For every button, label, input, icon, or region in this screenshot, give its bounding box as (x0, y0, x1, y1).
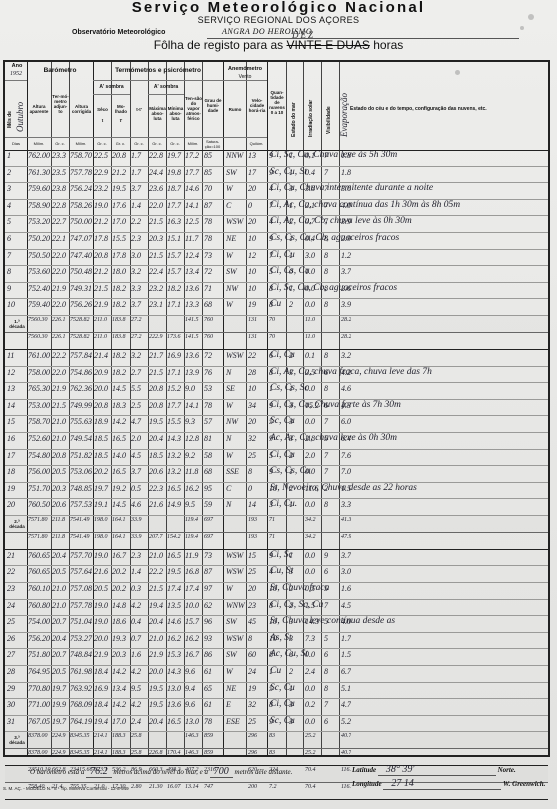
min-temp-cell: 154.2 (167, 534, 184, 540)
apparent-pressure-cell: 760.50 (28, 500, 52, 509)
table-row: 30771.0019.9768.0918.414.24.219.513.69.6… (5, 699, 548, 716)
sky-state-remark: Ci, Cu. (270, 499, 545, 509)
wind-direction-cell: N (226, 500, 246, 509)
absolute-max-label: Máxima abso-luta (149, 106, 166, 121)
corrected-pressure-cell: 7541.49 (70, 534, 94, 540)
attached-temp-cell: 20.4 (52, 634, 70, 643)
apparent-pressure-cell: 754.80 (28, 451, 52, 460)
sky-state-remark: Ci, Sc (270, 550, 545, 560)
max-temp-cell: 20.8 (149, 384, 166, 393)
humidity-cell: 76 (204, 368, 222, 377)
wet-temp-cell: 21.2 (112, 168, 130, 177)
vapour-tension-cell: 9.5 (185, 500, 202, 509)
sky-state-remark: Cu (270, 666, 545, 676)
corrected-pressure-cell: 8345.35 (70, 733, 94, 739)
temp-diff-cell: 3.0 (131, 251, 148, 260)
dry-temp-cell: 211.0 (94, 334, 111, 340)
max-temp-cell: 21.5 (149, 217, 166, 226)
header-divider (93, 80, 267, 81)
humidity-cell: 859 (204, 750, 222, 756)
wind-speed-cell: 10 (248, 234, 266, 243)
header-divider (93, 94, 130, 95)
dry-temp-cell: 198.0 (94, 517, 111, 523)
barometer-note-mid: metros acima do nível do mar, e a (113, 768, 208, 776)
corrected-pressure-cell: 747.07 (70, 234, 94, 243)
day-cell: 27 (7, 650, 25, 659)
attached-temp-cell: 21.9 (52, 384, 70, 393)
apparent-pressure-cell: 771.00 (28, 700, 52, 709)
wind-speed-cell: 20 (248, 417, 266, 426)
temp-diff-cell: 2.7 (131, 368, 148, 377)
max-temp-cell: 21.7 (149, 351, 166, 360)
humidity-cell: 65 (204, 684, 222, 693)
apparent-pressure-cell: 753.20 (28, 217, 52, 226)
wind-direction-label: Rumo (224, 107, 246, 112)
day-cell: 18 (7, 467, 25, 476)
wet-temp-cell: 19.3 (112, 634, 130, 643)
sky-state-remark: Sc, Cu (270, 416, 545, 426)
sky-state-remark: Ci, Cs, Cu (270, 266, 545, 276)
corrected-pressure-cell: 762.36 (70, 384, 94, 393)
decade-label: 1.ª década (7, 319, 27, 329)
max-temp-cell: 21.5 (149, 584, 166, 593)
max-temp-cell: 24.4 (149, 168, 166, 177)
apparent-pressure-cell: 765.30 (28, 384, 52, 393)
temp-diff-cell: 0.5 (131, 484, 148, 493)
max-temp-cell: 23.6 (149, 184, 166, 193)
attached-temp-cell: 19.7 (52, 717, 70, 726)
attached-temp-cell: 22.2 (52, 351, 70, 360)
temp-diff-cell: 1.4 (131, 567, 148, 576)
wet-temp-cell: 188.3 (112, 750, 130, 756)
min-temp-cell: 15.3 (167, 650, 184, 659)
min-temp-cell: 17.1 (167, 368, 184, 377)
apparent-pressure-cell: 751.70 (28, 484, 52, 493)
max-temp-cell: 226.8 (149, 750, 166, 756)
cloud-amount-cell: 70 (269, 334, 285, 340)
corrected-pressure-cell: 748.84 (70, 650, 94, 659)
max-temp-cell: 21.30 (149, 784, 166, 790)
max-temp-cell: 20.3 (149, 234, 166, 243)
temp-diff-cell: 1.7 (131, 168, 148, 177)
dry-temp-cell: 20.0 (94, 384, 111, 393)
dry-temp-cell: 21.2 (94, 217, 111, 226)
attached-temp-cell: 22.0 (52, 368, 70, 377)
apparent-pressure-cell: 770.80 (28, 684, 52, 693)
temp-diff-cell: 1.7 (131, 151, 148, 160)
dry-temp-cell: 20.9 (94, 368, 111, 377)
apparent-pressure-cell: 754.00 (28, 617, 52, 626)
table-row: 4758.9022.8758.2619.017.61.422.017.714.1… (5, 200, 548, 217)
month-value: Outubro (15, 86, 25, 132)
sky-state-remark: St, Chuva leve contínua desde as (270, 616, 545, 626)
wind-speed-cell: 45 (248, 617, 266, 626)
corrected-pressure-cell: 753.06 (70, 467, 94, 476)
corrected-pressure-cell: 749.54 (70, 434, 94, 443)
barometer-altitude-note: O barómetro está a 76.2 metros acima do … (30, 766, 292, 777)
month-label: Mês de (7, 88, 13, 128)
day-cell: 30 (7, 700, 25, 709)
decade-label: 3.ª década (7, 735, 27, 745)
sky-state-remark: St, Nevoeiro, Chuva desde as 22 horas (270, 483, 545, 493)
temp-diff-cell: 3.3 (131, 284, 148, 293)
summary-row: 7560.30226.17528.82211.0183.827.2222.917… (5, 333, 548, 350)
days-unit: Dias (5, 141, 27, 146)
temp-diff-cell: 0.3 (131, 584, 148, 593)
apparent-pressure-cell: 760.80 (28, 601, 52, 610)
vapour-tension-cell: 9.0 (185, 384, 202, 393)
unit-label: Gr. c. (148, 141, 166, 146)
corrected-pressure-cell: 749.99 (70, 401, 94, 410)
table-row: 19751.7020.3748.8519.719.20.522.316.516.… (5, 483, 548, 500)
wind-direction-cell: NE (226, 234, 246, 243)
wet-temp-cell: 18.3 (112, 401, 130, 410)
dry-temp-cell: 16.9 (94, 684, 111, 693)
sheet-title: Fôlha de registo para as VINTE E DUAS ho… (0, 38, 557, 52)
temp-diff-cell: 4.2 (131, 700, 148, 709)
temp-diff-cell: 2.80 (131, 784, 148, 790)
unit-label: Gr. c. (111, 141, 130, 146)
cloud-amount-cell: 7.2 (269, 784, 285, 790)
attached-temp-cell: 226.1 (52, 334, 70, 340)
table-row: 9752.4021.9749.3121.518.23.323.218.213.6… (5, 283, 548, 300)
unit-label: Quilóm. (246, 141, 267, 146)
wind-speed-cell: 193 (248, 534, 266, 540)
table-row: 12758.0022.0754.8620.918.22.721.517.113.… (5, 367, 548, 384)
humidity-cell: 78 (204, 217, 222, 226)
vapour-tension-cell: 11.8 (185, 467, 202, 476)
observatory-label: Observatório Meteorológico (72, 29, 165, 36)
evaporation-cell: 41.3 (341, 517, 351, 523)
corrected-pressure-cell: 758.26 (70, 201, 94, 210)
wet-temp-cell: 18.2 (112, 284, 130, 293)
latitude-suffix: Norte. (498, 766, 516, 774)
corrected-pressure-cell: 750.00 (70, 217, 94, 226)
wind-speed-cell: 296 (248, 733, 266, 739)
register-table: Ano 1952 Mês de Outubro Dias Barómetro A… (3, 60, 550, 757)
min-temp-cell: 15.2 (167, 384, 184, 393)
vapour-tension-cell: 14.6 (185, 184, 202, 193)
dry-temp-cell: 18.5 (94, 451, 111, 460)
dry-temp-cell: 19.0 (94, 617, 111, 626)
dry-temp-cell: 18.5 (94, 434, 111, 443)
temp-diff-cell: 2.0 (131, 434, 148, 443)
table-row: 27751.8020.7748.8421.920.31.621.915.316.… (5, 649, 548, 666)
attached-temp-cell: 21.0 (52, 601, 70, 610)
attached-temp-cell: 22.0 (52, 300, 70, 309)
attached-temp-cell: 20.8 (52, 451, 70, 460)
humidity-cell: 58 (204, 451, 222, 460)
attached-temp-cell: 21.0 (52, 584, 70, 593)
humidity-cell: 71 (204, 284, 222, 293)
min-temp-cell: 15.7 (167, 267, 184, 276)
attached-temp-cell: 20.7 (52, 650, 70, 659)
apparent-pressure-cell: 753.00 (28, 401, 52, 410)
unit-label: Milím. (184, 141, 202, 146)
max-temp-cell: 20.6 (149, 467, 166, 476)
sky-state-remark: St, Chuva fraca (270, 583, 545, 593)
attached-temp-cell: 21.0 (52, 434, 70, 443)
table-row: 15758.7021.0755.6318.914.24.719.515.59.3… (5, 416, 548, 433)
table-row: 18756.0020.5753.0620.216.53.720.613.211.… (5, 466, 548, 483)
table-row: 24760.8021.0757.7819.014.84.219.413.510.… (5, 600, 548, 617)
wet-temp-cell: 18.6 (112, 617, 130, 626)
humidity-cell: 61 (204, 667, 222, 676)
visibility-label: Visibilidade (326, 84, 332, 134)
temp-diff-cell: 33.9 (131, 534, 148, 540)
min-temp-cell: 173.6 (167, 334, 184, 340)
attached-temp-cell: 211.8 (52, 534, 70, 540)
attached-temp-cell: 20.4 (52, 551, 70, 560)
attached-temp-cell: 23.8 (52, 184, 70, 193)
attached-temp-cell: 20.5 (52, 667, 70, 676)
sky-state-remark: Ci, Sc, Cu, Cb, aguaceiros fracos (270, 283, 545, 293)
header-divider (148, 94, 184, 95)
apparent-pressure-cell: 756.00 (28, 467, 52, 476)
max-temp-cell: 20.4 (149, 717, 166, 726)
temp-diff-cell: 3.7 (131, 300, 148, 309)
min-temp-cell: 17.4 (167, 584, 184, 593)
sea-state-label: Estado do mar (291, 82, 297, 137)
wet-temp-cell: 17.0 (112, 217, 130, 226)
dry-temp-cell: 19.1 (94, 500, 111, 509)
min-temp-cell: 16.07 (167, 784, 184, 790)
humidity-cell: 697 (204, 517, 222, 523)
wind-speed-cell: 14 (248, 500, 266, 509)
evaporation-cell: 116.8 (341, 767, 351, 773)
day-cell: 11 (7, 351, 25, 360)
min-temp-cell: 17.7 (167, 201, 184, 210)
table-row: 29770.8019.7763.9216.913.49.519.513.09.4… (5, 683, 548, 700)
humidity-cell: 61 (204, 700, 222, 709)
wind-speed-cell: 25 (248, 567, 266, 576)
corrected-pressure-cell: 758.70 (70, 151, 94, 160)
unit-label: Milím. (27, 141, 51, 146)
vapour-tension-cell: 12.8 (185, 434, 202, 443)
min-temp-cell: 15.5 (167, 417, 184, 426)
wet-temp-cell: 20.2 (112, 584, 130, 593)
attached-temp-cell: 21.0 (52, 417, 70, 426)
min-temp-cell: 17.1 (167, 300, 184, 309)
wind-direction-cell: WSW (226, 217, 246, 226)
sky-state-remark: Cs, Cs, Sc (270, 383, 545, 393)
min-temp-cell: 14.3 (167, 667, 184, 676)
min-temp-cell: 18.2 (167, 284, 184, 293)
latitude-value: 38° 39' (378, 764, 496, 776)
humidity-cell: 53 (204, 384, 222, 393)
apparent-pressure-cell: 7560.30 (28, 334, 52, 340)
temp-diff-cell: 4.6 (131, 500, 148, 509)
sky-state-remark: Ci, Cu (270, 250, 545, 260)
apparent-pressure-cell: 756.20 (28, 634, 52, 643)
attached-temp-cell: 224.9 (52, 750, 70, 756)
wet-temp-cell: 188.3 (112, 733, 130, 739)
humidity-cell: 85 (204, 151, 222, 160)
apparent-pressure-cell: 750.50 (28, 251, 52, 260)
dry-temp-cell: 214.1 (94, 733, 111, 739)
dry-temp-cell: 20.0 (94, 634, 111, 643)
humidity-cell: 68 (204, 300, 222, 309)
dry-temp-cell: 22.9 (94, 168, 111, 177)
vapour-tension-cell: 11.9 (185, 551, 202, 560)
sky-state-remark: Ci, Ac, Cu, chuva fraca, chuva leve das … (270, 367, 545, 377)
apparent-pressure-cell: 7560.30 (28, 317, 52, 323)
humidity-cell: 86 (204, 650, 222, 659)
attached-temp-cell: 20.3 (52, 484, 70, 493)
vapour-tension-cell: 146.3 (185, 733, 202, 739)
humidity-cell: 97 (204, 584, 222, 593)
table-row: 26756.2020.4753.2720.019.30.721.016.216.… (5, 633, 548, 650)
cloud-amount-cell: 83 (269, 750, 285, 756)
corrected-pressure-cell: 757.78 (70, 168, 94, 177)
wet-temp-cell: 14.2 (112, 700, 130, 709)
dry-temp-cell: 20.8 (94, 251, 111, 260)
wet-temp-cell: 164.1 (112, 534, 130, 540)
apparent-pressure-cell: 7571.80 (28, 517, 52, 523)
corrected-pressure-cell: 757.84 (70, 351, 94, 360)
attached-temp-cell: 211.8 (52, 517, 70, 523)
max-temp-cell: 18.5 (149, 451, 166, 460)
table-header: Ano 1952 Mês de Outubro Dias Barómetro A… (5, 62, 548, 151)
corrected-height-label: Altura corrigida (70, 104, 93, 114)
apparent-pressure-cell: 761.30 (28, 168, 52, 177)
min-temp-cell: 13.2 (167, 467, 184, 476)
wet-temp-cell: 18.2 (112, 368, 130, 377)
temp-difference-label: t-t' (130, 107, 148, 112)
min-temp-cell: 15.1 (167, 234, 184, 243)
wind-direction-cell: SW (226, 168, 246, 177)
sky-state-remark: Ci, Cs, Sc, Cu (270, 600, 545, 610)
wind-direction-cell: WSW (226, 634, 246, 643)
evaporation-cell: 40.7 (341, 733, 351, 739)
day-cell: 6 (7, 234, 25, 243)
year-label: Ano (7, 64, 27, 69)
corrected-pressure-cell: 761.98 (70, 667, 94, 676)
wind-speed-cell: 17 (248, 168, 266, 177)
wind-direction-cell: WSW (226, 551, 246, 560)
sky-state-remark: Ci, Sc, Cu, Chuva leve às 5h 30m (270, 150, 545, 160)
day-cell: 31 (7, 717, 25, 726)
wind-speed-label: Velo-cidade horá-ria (247, 98, 267, 113)
humidity-cell: 68 (204, 467, 222, 476)
wind-direction-cell: W (226, 667, 246, 676)
day-cell: 5 (7, 217, 25, 226)
sheet-title-suffix: horas (373, 38, 403, 52)
solar-irradiation-cell: 11.0 (305, 334, 321, 340)
day-cell: 22 (7, 567, 25, 576)
temp-diff-cell: 2.3 (131, 234, 148, 243)
dry-bulb-symbol: t (94, 118, 111, 123)
max-temp-cell: 22.3 (149, 484, 166, 493)
wet-temp-cell: 19.5 (112, 184, 130, 193)
max-temp-cell: 222.9 (149, 334, 166, 340)
sheet-title-struck-hour: VINTE E DUAS (287, 38, 370, 52)
sky-state-remark: Ci, Ac, Cu, Cb, chuva leve às 0h 30m (270, 216, 545, 226)
vapour-tension-cell: 16.8 (185, 567, 202, 576)
attached-temp-cell: 23.5 (52, 168, 70, 177)
vapour-tension-cell: 119.4 (185, 534, 202, 540)
temp-diff-cell: 3.2 (131, 267, 148, 276)
table-row: 8753.6022.0750.4821.218.03.222.415.713.4… (5, 266, 548, 283)
wet-temp-cell: 14.5 (112, 500, 130, 509)
wind-direction-cell: W (226, 451, 246, 460)
wind-direction-cell: W (226, 251, 246, 260)
unit-label: Gr. c. (130, 141, 148, 146)
wet-temp-cell: 14.0 (112, 451, 130, 460)
wet-temp-cell: 17.8 (112, 251, 130, 260)
wind-direction-cell: SW (226, 650, 246, 659)
table-row: 23760.1021.0757.0820.520.20.321.517.417.… (5, 583, 548, 600)
dry-temp-cell: 214.1 (94, 750, 111, 756)
apparent-pressure-cell: 753.60 (28, 267, 52, 276)
corrected-pressure-cell: 7541.49 (70, 517, 94, 523)
min-temp-cell: 170.4 (167, 750, 184, 756)
day-cell: 23 (7, 584, 25, 593)
apparent-pressure-cell: 758.70 (28, 417, 52, 426)
apparent-pressure-cell: 751.80 (28, 650, 52, 659)
temp-diff-cell: 2.5 (131, 401, 148, 410)
humidity-cell: 760 (204, 317, 222, 323)
vapour-tension-cell: 12.4 (185, 251, 202, 260)
attached-temp-cell: 22.7 (52, 217, 70, 226)
cloud-amount-cell: 83 (269, 733, 285, 739)
day-cell: 19 (7, 484, 25, 493)
day-cell: 7 (7, 251, 25, 260)
apparent-pressure-cell: 752.40 (28, 284, 52, 293)
day-cell: 9 (7, 284, 25, 293)
corrected-pressure-cell: 751.04 (70, 617, 94, 626)
table-body: 1762.0023.3758.7022.520.81.722.819.717.2… (5, 150, 548, 800)
day-cell: 16 (7, 434, 25, 443)
solar-irradiation-cell: 11.0 (305, 317, 321, 323)
min-temp-cell: 13.0 (167, 684, 184, 693)
humidity-cell: 73 (204, 551, 222, 560)
summary-row: 7571.80211.87541.49198.0164.133.9207.715… (5, 533, 548, 550)
temp-diff-cell: 25.8 (131, 750, 148, 756)
day-cell: 10 (7, 300, 25, 309)
humidity-cell: 859 (204, 733, 222, 739)
page-title: Serviço Meteorológico Nacional (0, 0, 557, 16)
max-temp-cell: 19.4 (149, 601, 166, 610)
sky-state-remark: Ci, Cs, Cu, Chuva forte às 7h 30m (270, 400, 545, 410)
humidity-cell: 95 (204, 484, 222, 493)
vapour-tension-cell: 13.4 (185, 267, 202, 276)
corrected-pressure-cell: 751.82 (70, 451, 94, 460)
vapour-tension-cell: 13.14 (185, 784, 202, 790)
unit-label: Satura-ção=100 (202, 139, 223, 149)
meteorological-register-sheet: Serviço Meteorológico Nacional SERVIÇO R… (0, 0, 557, 809)
wind-direction-cell: W (226, 300, 246, 309)
sky-state-remark: Ac, Cu, St (270, 649, 545, 659)
max-temp-cell: 20.0 (149, 667, 166, 676)
temp-diff-cell: 4.5 (131, 451, 148, 460)
wind-direction-cell: C (226, 201, 246, 210)
attached-temp-cell: 20.5 (52, 567, 70, 576)
vapour-tension-cell: 16.2 (185, 634, 202, 643)
dry-temp-cell: 198.0 (94, 534, 111, 540)
wind-speed-cell: 32 (248, 434, 266, 443)
solar-irradiation-cell: 25.2 (305, 733, 321, 739)
dry-temp-cell: 19.4 (94, 717, 111, 726)
vapour-tension-cell: 17.2 (185, 151, 202, 160)
min-temp-cell: 16.5 (167, 484, 184, 493)
sky-state-remark: Cs, Cs, Cu (270, 466, 545, 476)
wet-temp-cell: 14.2 (112, 417, 130, 426)
min-temp-cell: 16.5 (167, 717, 184, 726)
wet-temp-cell: 19.2 (112, 484, 130, 493)
dry-temp-cell: 211.0 (94, 317, 111, 323)
header-divider (5, 80, 27, 81)
